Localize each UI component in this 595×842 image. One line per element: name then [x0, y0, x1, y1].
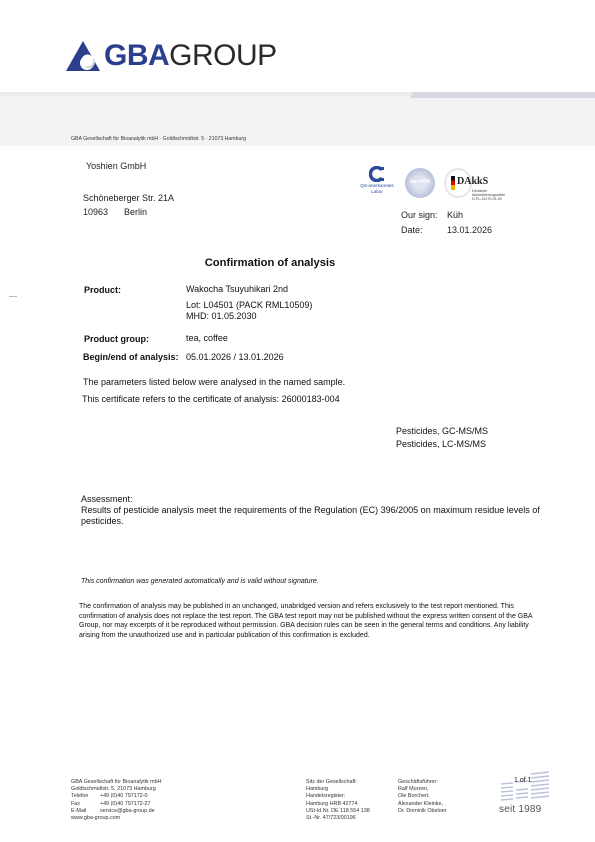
gba-group-logo: GBAGROUP [66, 40, 277, 72]
footer-address: Goldtschmidtstr. 5, 21073 Hamburg [71, 786, 161, 793]
page-indicator: 1 of 1 [514, 777, 532, 784]
recipient-zip: 10963 [83, 207, 108, 217]
recipient-city: Berlin [124, 207, 147, 217]
gba-triangle-logo-icon [66, 41, 100, 71]
product-name: Wakocha Tsuyuhikari 2nd [186, 284, 288, 294]
ilac-label: ilac-MRA [405, 179, 435, 185]
product-lot: Lot: L04501 (PACK RML10509) [186, 300, 312, 310]
document-title-text: Confirmation of analysis [205, 257, 336, 269]
dakks-logo: DAkkS Deutsche Akkreditierungsstelle D-P… [444, 168, 524, 202]
qs-logo: QS-anerkanntes Labor [358, 166, 396, 194]
footer-fax-label: Fax [71, 801, 100, 808]
certificate-reference: This certificate refers to the certifica… [82, 394, 340, 404]
recipient-street: Schöneberger Str. 21A [83, 193, 174, 203]
product-group-value: tea, coffee [186, 333, 228, 343]
footer-director: Ralf Murzen, [398, 786, 447, 793]
parameters-intro: The parameters listed below were analyse… [83, 377, 345, 387]
assessment-label: Assessment: [81, 494, 133, 504]
since-year: seit 1989 [499, 804, 541, 815]
qs-c-icon [369, 166, 385, 182]
ilac-mra-logo: ilac-MRA [405, 168, 435, 198]
product-best-before: MHD: 01.05.2030 [186, 311, 257, 321]
footer-seat-value: Hamburg [306, 786, 370, 793]
dakks-subtitle: Deutsche Akkreditierungsstelle D-PL-1417… [472, 189, 505, 202]
footer-contact: GBA Gesellschaft für Bioanalytik mbHGold… [71, 779, 161, 822]
german-flag-icon [451, 176, 455, 190]
analysis-period-value: 05.01.2026 / 13.01.2026 [186, 352, 284, 362]
logo-wordmark: GBAGROUP [104, 40, 277, 72]
footer-director: Ole Borchert, [398, 793, 447, 800]
footer-register-label: Handelsregister: [306, 793, 370, 800]
logo-brand-light: GROUP [169, 39, 277, 72]
fold-mark [9, 296, 17, 297]
sender-return-address: GBA Gesellschaft für Bioanalytik mbH · G… [71, 136, 246, 142]
date-label: Date: [401, 225, 423, 235]
footer-tax: St.-Nr. 47/723/00196 [306, 815, 370, 822]
footer-seat-label: Sitz der Gesellschaft: [306, 779, 370, 786]
footer-company: GBA Gesellschaft für Bioanalytik mbH [71, 779, 161, 786]
footer-vat: USt-Id.Nr. DE 118 554 138 [306, 808, 370, 815]
disclaimer-text: The confirmation of analysis may be publ… [79, 602, 534, 640]
footer-email-label: E-Mail [71, 808, 100, 815]
footer-register-value: Hamburg HRB 42774 [306, 801, 370, 808]
footer-phone-label: Telefon [71, 793, 100, 800]
auto-generated-note: This confirmation was generated automati… [81, 578, 319, 585]
document-title: Confirmation of analysis [0, 257, 540, 269]
footer-directors-label: Geschäftsführer: [398, 779, 447, 786]
dakks-name: DAkkS [457, 176, 488, 187]
recipient-name: Yoshien GmbH [86, 161, 146, 171]
product-label: Product: [84, 285, 121, 295]
dakks-sub-3: D-PL-14170-01-00 [472, 197, 505, 201]
qs-label-1: QS-anerkanntes [358, 183, 396, 189]
footer-director: Dr. Dominik Obeloer [398, 808, 447, 815]
header-band-accent [410, 92, 595, 98]
footer-registration: Sitz der Gesellschaft:HamburgHandelsregi… [306, 779, 370, 822]
date-value: 13.01.2026 [447, 225, 492, 235]
product-group-label: Product group: [84, 334, 149, 344]
analysis-period-label: Begin/end of analysis: [83, 352, 179, 362]
footer-directors: Geschäftsführer:Ralf Murzen,Ole Borchert… [398, 779, 447, 815]
parameter-item: Pesticides, GC-MS/MS [396, 426, 488, 436]
logo-brand-bold: GBA [104, 39, 169, 72]
our-sign-value: Küh [447, 210, 463, 220]
footer-email-link[interactable]: service@gba-group.de [100, 808, 155, 814]
our-sign-label: Our sign: [401, 210, 438, 220]
footer-director: Alexander Kleinke, [398, 801, 447, 808]
assessment-text: Results of pesticide analysis meet the r… [81, 505, 561, 527]
parameter-item: Pesticides, LC-MS/MS [396, 439, 486, 449]
qs-label-2: Labor [358, 189, 396, 195]
footer-phone: +49 (0)40 797172-0 [100, 793, 148, 799]
footer-website-link[interactable]: www.gba-group.com [71, 815, 161, 822]
accreditation-logos: QS-anerkanntes Labor ilac-MRA DAkkS Deut… [358, 166, 523, 206]
footer-fax: +49 (0)40 797172-27 [100, 801, 151, 807]
